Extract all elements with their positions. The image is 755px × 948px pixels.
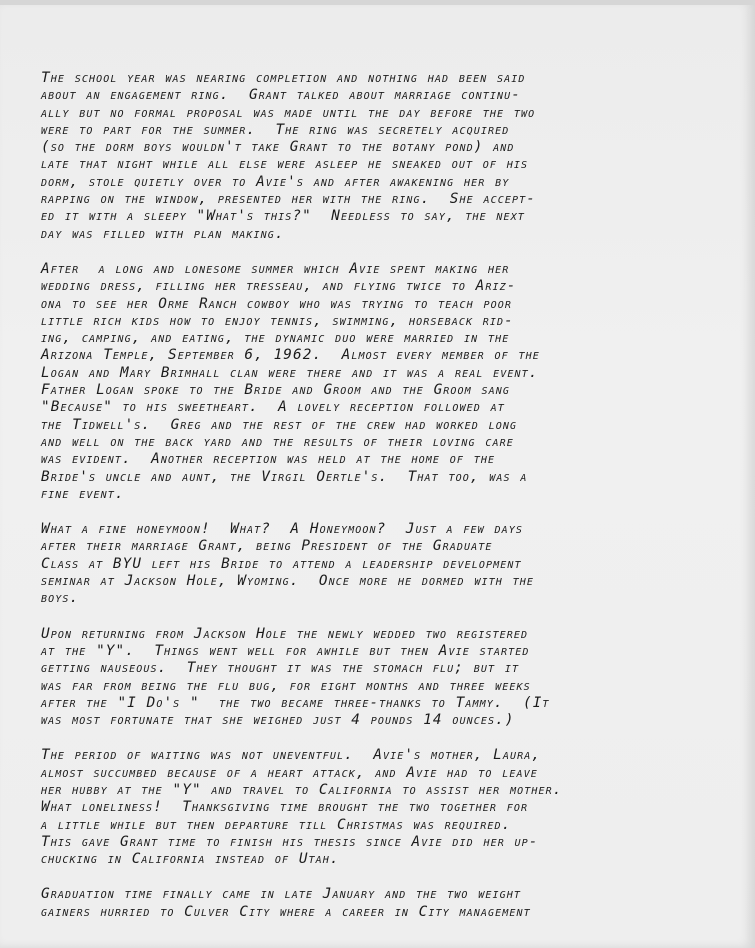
text-line: and well on the back yard and the result… [41,434,753,451]
text-line: dorm, stole quietly over to Avie's and a… [41,174,753,191]
text-line: ed it with a sleepy "What's this?" Needl… [41,208,753,225]
paragraph: Upon returning from Jackson Hole the new… [41,626,753,730]
typewritten-page: The school year was nearing completion a… [0,0,755,948]
text-line: Logan and Mary Brimhall clan were there … [41,365,753,382]
text-line: boys. [41,590,753,607]
text-line: rapping on the window, presented her wit… [41,191,753,208]
text-line: little rich kids how to enjoy tennis, sw… [41,313,753,330]
text-line: wedding dress, filling her tresseau, and… [41,278,753,295]
text-line: After a long and lonesome summer which A… [41,261,753,278]
text-line: was far from being the flu bug, for eigh… [41,678,753,695]
text-line: late that night while all else were asle… [41,156,753,173]
page-body: The school year was nearing completion a… [41,70,753,939]
text-line: gainers hurried to Culver City where a c… [41,904,753,921]
text-line: fine event. [41,486,753,503]
text-line: day was filled with plan making. [41,226,753,243]
text-line: Bride's uncle and aunt, the Virgil Oertl… [41,469,753,486]
paragraph: Graduation time finally came in late Jan… [41,886,753,921]
text-line: at the "Y". Things went well for awhile … [41,643,753,660]
text-line: almost succumbed because of a heart atta… [41,765,753,782]
text-line: ing, camping, and eating, the dynamic du… [41,330,753,347]
text-line: Class at BYU left his Bride to attend a … [41,556,753,573]
text-line: after the "I Do's " the two became three… [41,695,753,712]
text-line: ona to see her Orme Ranch cowboy who was… [41,296,753,313]
text-line: Graduation time finally came in late Jan… [41,886,753,903]
text-line: Father Logan spoke to the Bride and Groo… [41,382,753,399]
text-line: "Because" to his sweetheart. A lovely re… [41,399,753,416]
text-line: Arizona Temple, September 6, 1962. Almos… [41,347,753,364]
text-line: after their marriage Grant, being Presid… [41,538,753,555]
text-line: was evident. Another reception was held … [41,451,753,468]
text-line: This gave Grant time to finish his thesi… [41,834,753,851]
text-line: ally but no formal proposal was made unt… [41,105,753,122]
paragraph: What a fine honeymoon! What? A Honeymoon… [41,521,753,607]
text-line: was most fortunate that she weighed just… [41,712,753,729]
text-line: The period of waiting was not uneventful… [41,747,753,764]
text-line: her hubby at the "Y" and travel to Calif… [41,782,753,799]
text-line: seminar at Jackson Hole, Wyoming. Once m… [41,573,753,590]
text-line: the Tidwell's. Greg and the rest of the … [41,417,753,434]
text-line: (so the dorm boys wouldn't take Grant to… [41,139,753,156]
text-line: getting nauseous. They thought it was th… [41,660,753,677]
paragraph: The period of waiting was not uneventful… [41,747,753,868]
text-line: about an engagement ring. Grant talked a… [41,87,753,104]
paragraph: The school year was nearing completion a… [41,70,753,243]
paragraph: After a long and lonesome summer which A… [41,261,753,503]
text-line: were to part for the summer. The ring wa… [41,122,753,139]
text-line: What loneliness! Thanksgiving time broug… [41,799,753,816]
text-line: Upon returning from Jackson Hole the new… [41,626,753,643]
page-top-edge [0,0,755,5]
text-line: a little while but then departure till C… [41,817,753,834]
text-line: What a fine honeymoon! What? A Honeymoon… [41,521,753,538]
text-line: The school year was nearing completion a… [41,70,753,87]
text-line: chucking in California instead of Utah. [41,851,753,868]
